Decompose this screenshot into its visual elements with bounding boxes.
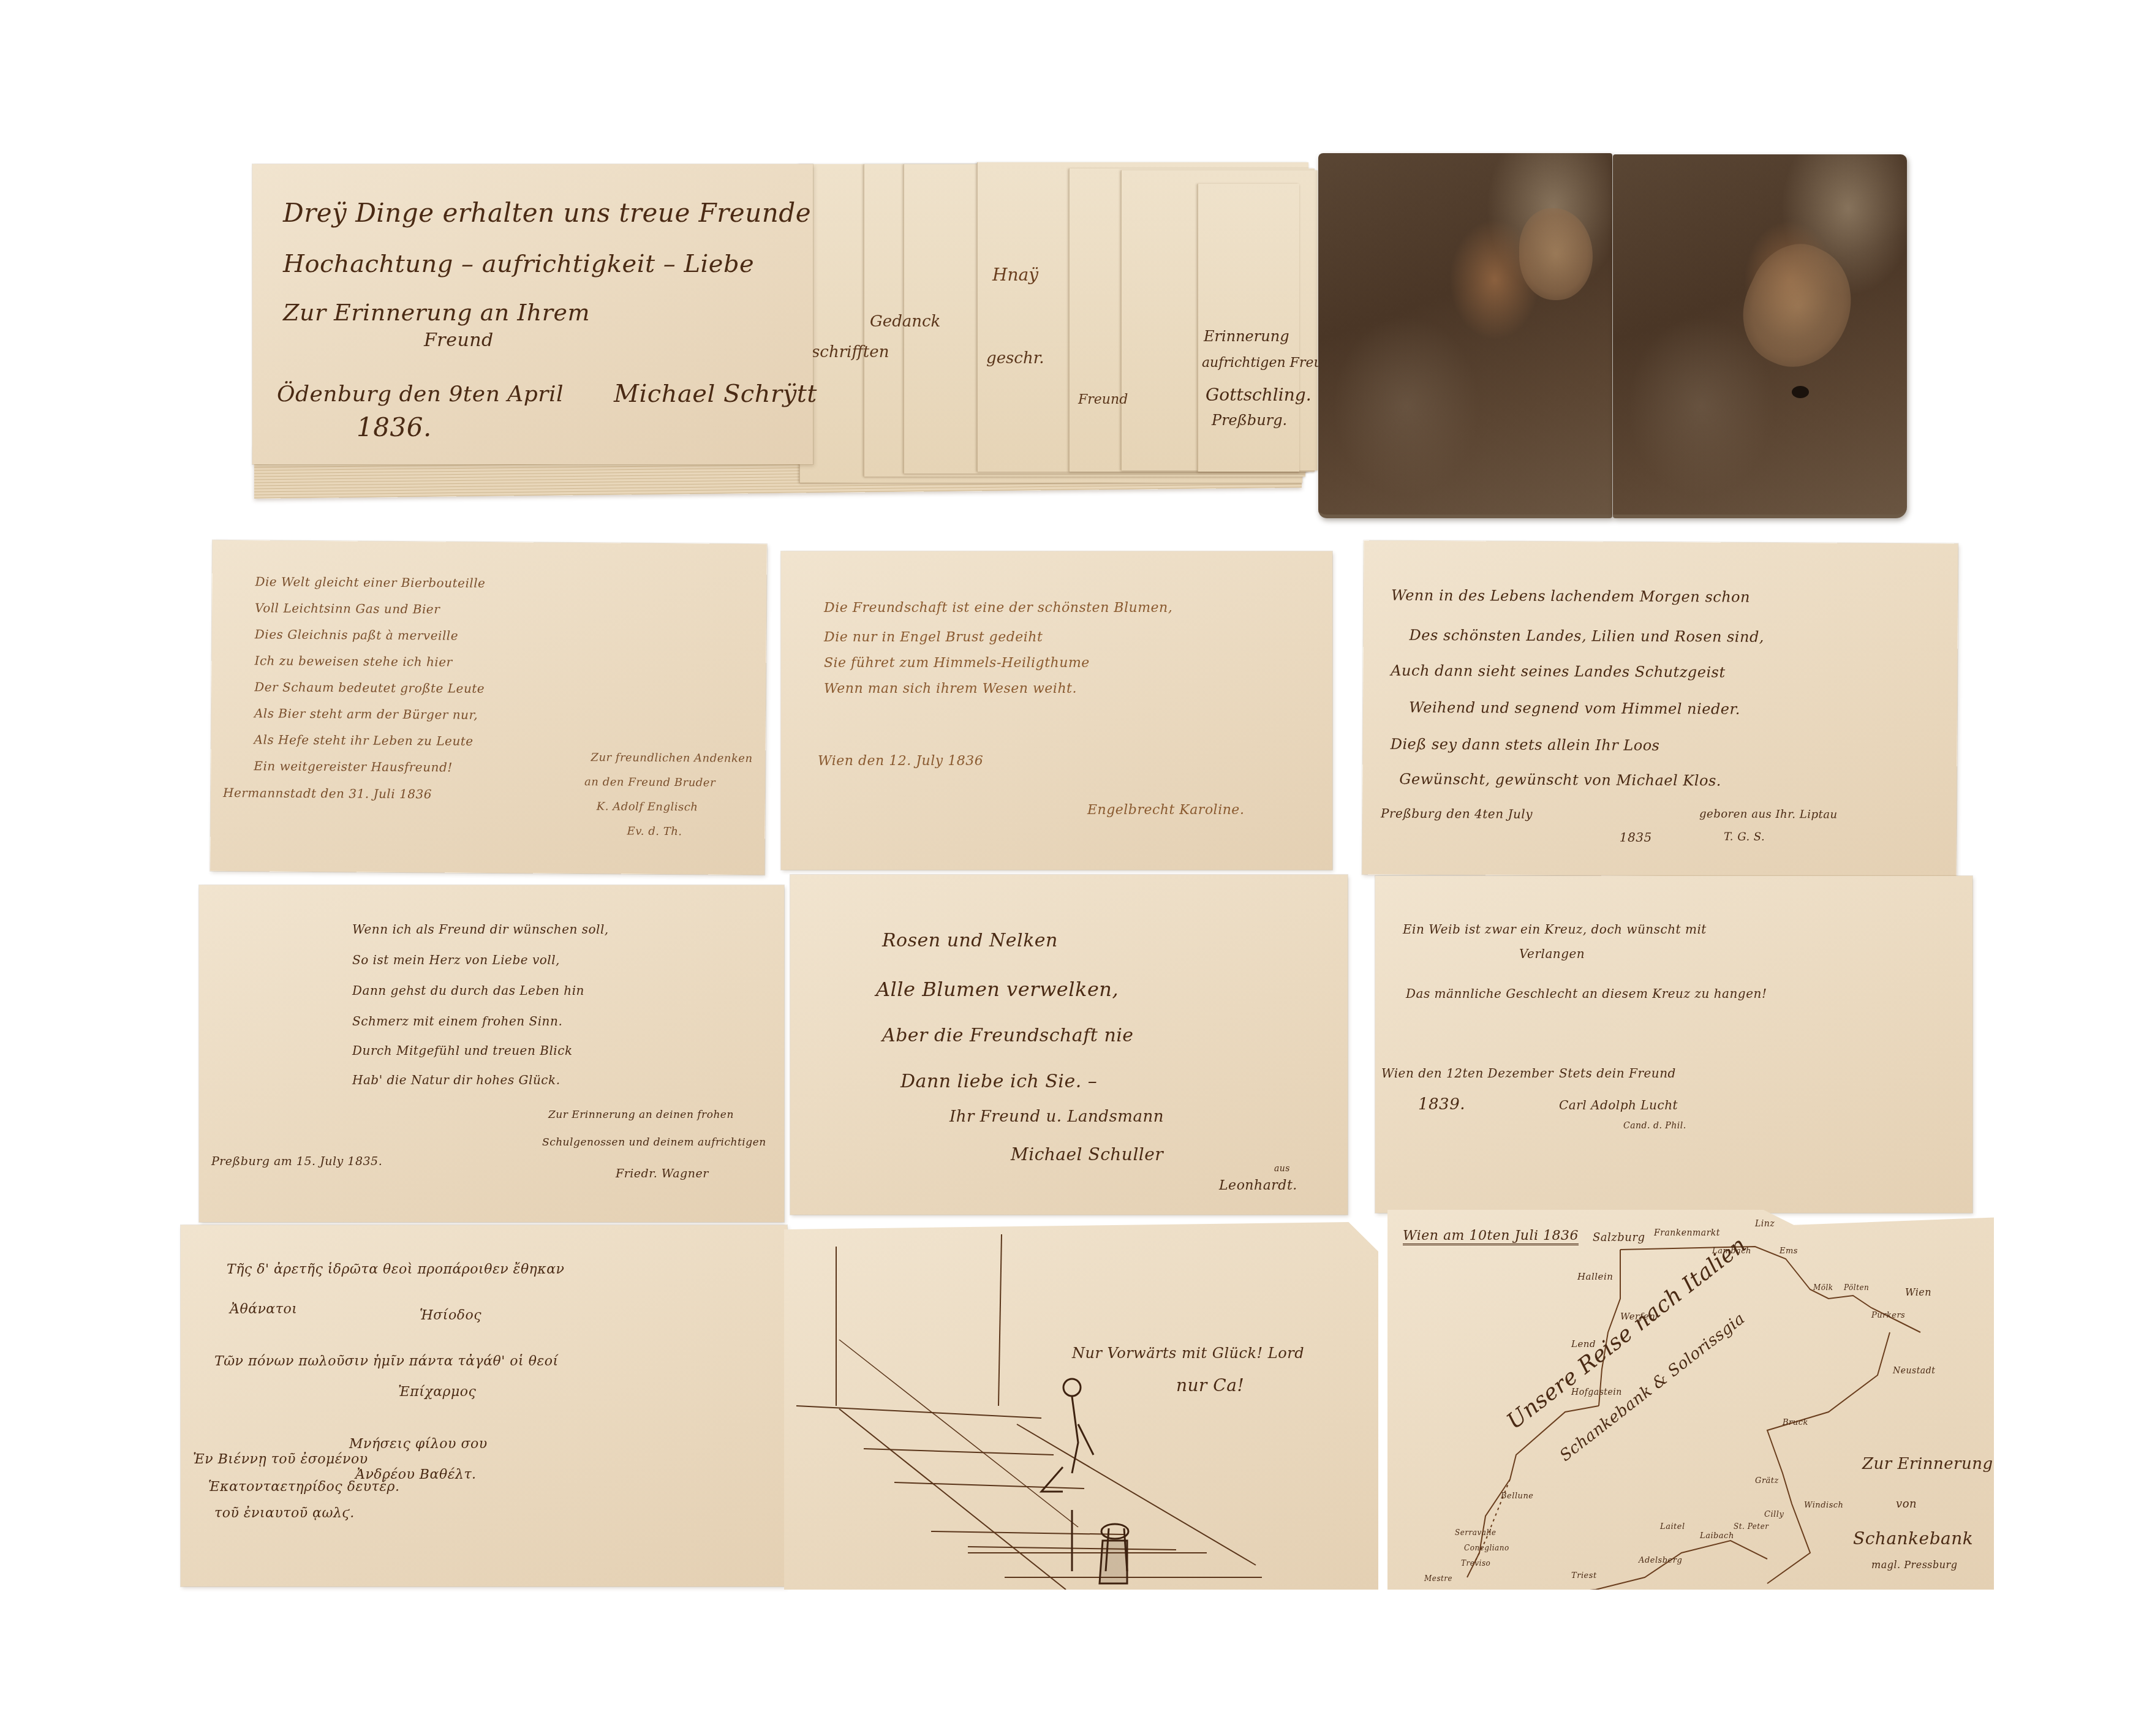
autograph-card-8-sketch: Nur Vorwärts mit Glück! Lord nur Ca!	[784, 1222, 1378, 1590]
card-text: Τῶν πόνων πωλοῦσιν ἡμῖν πάντα τἀγάθ' οἱ …	[214, 1354, 559, 1369]
card-text: Ἐπίχαρμος	[398, 1384, 476, 1400]
card-text: Zur Erinnerung an Ihrem	[283, 299, 590, 326]
card-text: Zur Erinnerung an deinen frohen	[548, 1109, 734, 1121]
map-header: Wien am 10ten Juli 1836	[1403, 1228, 1579, 1245]
card-text: Voll Leichtsinn Gas und Bier	[255, 600, 440, 616]
map-place: Werfen	[1620, 1311, 1655, 1322]
autograph-card-2: Die Freundschaft ist eine der schönsten …	[781, 551, 1332, 870]
sketch-caption: nur Ca!	[1176, 1375, 1244, 1395]
map-place: Frankenmarkt	[1654, 1228, 1720, 1238]
map-place: Adelsberg	[1639, 1556, 1682, 1565]
card-text: Μνήσεις φίλου σου	[349, 1436, 488, 1452]
card-text: Sie führet zum Himmels-Heiligthume	[824, 655, 1090, 671]
card-text: Des schönsten Landes, Lilien und Rosen s…	[1410, 627, 1764, 646]
map-place: Purkers	[1871, 1311, 1905, 1320]
card-text: Der Schaum bedeutet großte Leute	[254, 679, 485, 696]
ink-spot	[1792, 386, 1809, 398]
card-text: Τῆς δ' ἀρετῆς ἱδρῶτα θεοὶ προπάροιθεν ἔθ…	[227, 1262, 564, 1277]
map-place: Serravalle	[1455, 1528, 1497, 1537]
peek-text: Gedanck	[870, 312, 940, 331]
card-text: 1839.	[1418, 1095, 1465, 1114]
card-text: Verlangen	[1519, 946, 1585, 961]
map-dedication: Schankebank	[1853, 1528, 1973, 1549]
card-text: Weihend und segnend vom Himmel nieder.	[1409, 699, 1740, 718]
map-dedication: Zur Erinnerung	[1862, 1455, 1993, 1473]
card-text: Cand. d. Phil.	[1623, 1121, 1686, 1131]
card-text: Schmerz mit einem frohen Sinn.	[352, 1014, 562, 1028]
card-text: Dies Gleichnis paßt à merveille	[255, 627, 458, 643]
card-text: Durch Mitgefühl und treuen Blick	[352, 1043, 573, 1058]
peek-text: Hnaÿ	[992, 265, 1038, 285]
card-text: Wien den 12ten Dezember	[1381, 1066, 1553, 1081]
map-place: Ems	[1780, 1247, 1798, 1256]
front-card: Dreÿ Dinge erhalten uns treue Freunde Ho…	[252, 164, 813, 464]
card-text: 1835	[1620, 830, 1652, 845]
card-text: Dann gehst du durch das Leben hin	[352, 983, 584, 998]
map-place: Laitel	[1660, 1522, 1685, 1531]
card-text: geboren aus Ihr. Liptau	[1699, 807, 1838, 821]
peek-text: Gottschling.	[1206, 385, 1312, 405]
card-text: Wenn man sich ihrem Wesen weiht.	[824, 681, 1077, 696]
map-place: St. Peter	[1734, 1522, 1768, 1531]
card-text: Das männliche Geschlecht an diesem Kreuz…	[1406, 986, 1767, 1001]
card-text: Ἀθάνατοι	[230, 1302, 297, 1317]
card-text: 1836.	[357, 412, 432, 442]
map-place: Mestre	[1424, 1574, 1452, 1583]
peek-text: Erinnerung	[1204, 328, 1289, 345]
card-text: Hab' die Natur dir hohes Glück.	[352, 1073, 560, 1087]
card-text: Wenn in des Lebens lachendem Morgen scho…	[1391, 587, 1750, 606]
card-text: Schulgenossen und deinem aufrichtigen	[542, 1136, 766, 1149]
card-text: Die nur in Engel Brust gedeiht	[824, 630, 1043, 645]
map-place: Grätz	[1755, 1476, 1779, 1485]
autograph-card-4: Wenn ich als Freund dir wünschen soll, S…	[199, 885, 784, 1222]
card-text: T. G. S.	[1724, 831, 1765, 843]
card-text: Ich zu beweisen stehe ich hier	[254, 653, 452, 669]
autograph-card-1: Die Welt gleicht einer Bierbouteille Vol…	[210, 540, 767, 875]
card-text: Freund	[424, 330, 494, 351]
autograph-card-6: Ein Weib ist zwar ein Kreuz, doch wünsch…	[1375, 876, 1972, 1213]
map-place: Linz	[1755, 1219, 1775, 1229]
card-text: Hermannstadt den 31. Juli 1836	[223, 785, 432, 801]
card-text: aus	[1274, 1164, 1290, 1174]
card-text: Dieß sey dann stets allein Ihr Loos	[1391, 736, 1660, 754]
map-place: Hallein	[1577, 1271, 1613, 1282]
card-text: Stets dein Freund	[1559, 1066, 1676, 1081]
card-text: Friedr. Wagner	[616, 1167, 709, 1180]
card-text: Preßburg den 4ten July	[1381, 806, 1533, 821]
card-text: Rosen und Nelken	[882, 930, 1058, 951]
autograph-card-9-map: Wien am 10ten Juli 1836 Unsere Reise nac…	[1387, 1210, 1994, 1590]
card-text: Ihr Freund u. Landsmann	[949, 1108, 1164, 1126]
card-text: Dann liebe ich Sie. –	[900, 1071, 1097, 1092]
card-text: Engelbrecht Karoline.	[1087, 802, 1244, 818]
card-text: So ist mein Herz von Liebe voll,	[352, 953, 560, 967]
map-place: Mölk	[1813, 1283, 1833, 1292]
autograph-card-5: Rosen und Nelken Alle Blumen verwelken, …	[790, 875, 1348, 1215]
card-text: Preßburg am 15. July 1835.	[211, 1155, 382, 1168]
card-text: τοῦ ἐνιαυτοῦ ᾳωλϛ.	[214, 1506, 355, 1521]
card-text: Alle Blumen verwelken,	[876, 978, 1119, 1001]
slipcase-left-half	[1318, 153, 1612, 518]
map-place: Neustadt	[1893, 1366, 1935, 1376]
peek-text: Freund	[1078, 392, 1128, 407]
map-place: Treviso	[1461, 1559, 1490, 1568]
card-text: Zur freundlichen Andenken	[591, 751, 752, 765]
map-place: Wien	[1905, 1286, 1931, 1298]
card-text: Dreÿ Dinge erhalten uns treue Freunde	[283, 198, 811, 228]
card-text: an den Freund Bruder	[584, 776, 715, 789]
card-text: Die Welt gleicht einer Bierbouteille	[255, 574, 485, 591]
sketch-caption: Nur Vorwärts mit Glück! Lord	[1072, 1345, 1304, 1362]
map-place: Windisch	[1804, 1501, 1843, 1510]
map-place: Cilly	[1764, 1510, 1784, 1519]
staircase-sketch	[784, 1222, 1378, 1590]
card-text: Als Hefe steht ihr Leben zu Leute	[254, 732, 474, 748]
peek-text: Preßburg.	[1212, 412, 1287, 429]
card-text: Michael Schrÿtt	[614, 380, 817, 408]
map-place: Triest	[1571, 1571, 1597, 1580]
card-text: Leonhardt.	[1219, 1178, 1297, 1193]
card-text: Ἡσίοδος	[420, 1308, 481, 1323]
card-text: Ödenburg den 9ten April	[277, 382, 564, 407]
map-place: Laibach	[1700, 1531, 1734, 1541]
card-text: Ein Weib ist zwar ein Kreuz, doch wünsch…	[1403, 922, 1707, 937]
autograph-card-7-greek: Τῆς δ' ἀρετῆς ἱδρῶτα θεοὶ προπάροιθεν ἔθ…	[181, 1225, 787, 1587]
map-place: Salzburg	[1593, 1231, 1645, 1244]
map-dedication: magl. Pressburg	[1871, 1559, 1957, 1571]
card-text: Aber die Freundschaft nie	[882, 1025, 1134, 1046]
map-place: Bellune	[1501, 1492, 1534, 1501]
card-text: K. Adolf Englisch	[597, 800, 698, 813]
card-text: Carl Adolph Lucht	[1559, 1098, 1678, 1112]
card-text: Auch dann sieht seines Landes Schutzgeis…	[1391, 662, 1725, 681]
card-text: Wien den 12. July 1836	[818, 753, 983, 769]
map-place: Bruck	[1783, 1418, 1808, 1427]
map-place: Pölten	[1844, 1283, 1869, 1292]
map-place: Hofgastein	[1571, 1387, 1622, 1397]
map-dedication: von	[1896, 1498, 1917, 1511]
peek-text: geschr.	[986, 349, 1044, 368]
card-text: Als Bier steht arm der Bürger nur,	[254, 706, 478, 722]
card-text: Gewünscht, gewünscht von Michael Klos.	[1399, 771, 1721, 790]
autograph-card-3: Wenn in des Lebens lachendem Morgen scho…	[1362, 540, 1958, 877]
card-text: Wenn ich als Freund dir wünschen soll,	[352, 922, 609, 937]
card-text: Hochachtung – aufrichtigkeit – Liebe	[283, 250, 754, 278]
card-text: Ἀνδρέου Βαθέλτ.	[355, 1467, 477, 1482]
card-text: Ev. d. Th.	[627, 825, 682, 839]
map-place: Lend	[1571, 1338, 1596, 1349]
map-place: Lambach	[1712, 1247, 1751, 1256]
map-place: Conegliano	[1464, 1544, 1509, 1552]
card-text: Michael Schuller	[1011, 1144, 1163, 1164]
card-text: Die Freundschaft ist eine der schönsten …	[824, 600, 1172, 616]
card-text: Ein weitgereister Hausfreund!	[254, 758, 453, 774]
peek-text: schrifften	[812, 343, 889, 361]
card-text: Ἐν Βιέννῃ τοῦ ἐσομένου	[193, 1452, 368, 1467]
